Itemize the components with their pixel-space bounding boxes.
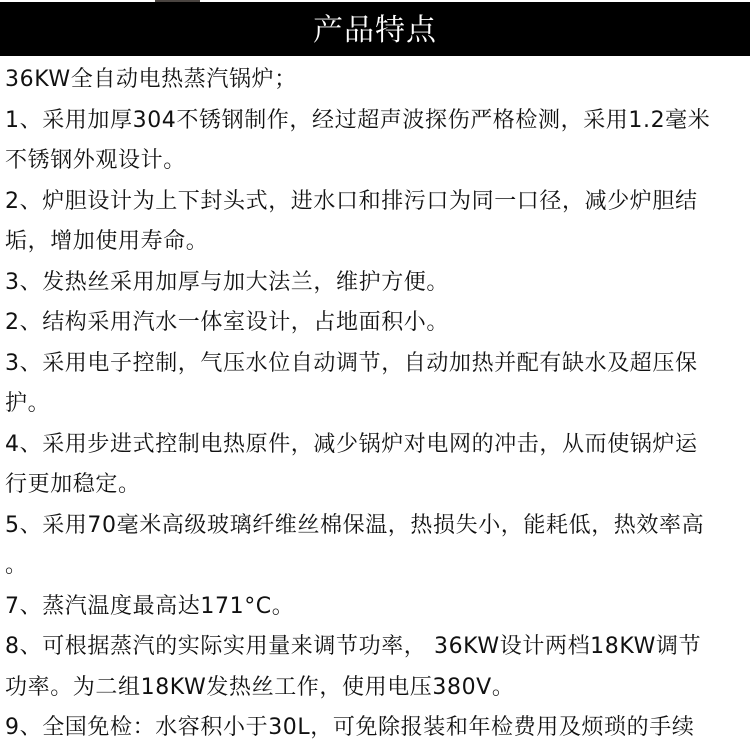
feature-line: 不锈钢外观设计。 <box>5 141 750 182</box>
feature-line: 垢，增加使用寿命。 <box>5 222 750 263</box>
feature-line: 1、采用加厚304不锈钢制作，经过超声波探伤严格检测，采用1.2毫米 <box>5 101 750 142</box>
feature-line: 5、采用70毫米高级玻璃纤维丝棉保温，热损失小，能耗低，热效率高 <box>5 506 750 547</box>
feature-line: 4、采用步进式控制电热原件，减少锅炉对电网的冲击，从而使锅炉运 <box>5 425 750 466</box>
feature-line: 7、蒸汽温度最高达171°C。 <box>5 587 750 628</box>
feature-line: 3、采用电子控制，气压水位自动调节，自动加热并配有缺水及超压保 <box>5 344 750 385</box>
intro-line: 36KW全自动电热蒸汽锅炉； <box>5 60 750 101</box>
section-title: 产品特点 <box>313 16 437 46</box>
feature-line: 8、可根据蒸汽的实际实用量来调节功率， 36KW设计两档18KW调节 <box>5 627 750 668</box>
feature-line: 2、炉胆设计为上下封头式，进水口和排污口为同一口径，减少炉胆结 <box>5 182 750 223</box>
feature-line: 9、全国免检：水容积小于30L，可免除报装和年检费用及烦琐的手续 <box>5 708 750 749</box>
feature-line: 。 <box>5 546 750 587</box>
feature-line: 行更加稳定。 <box>5 465 750 506</box>
feature-line: 3、发热丝采用加厚与加大法兰，维护方便。 <box>5 263 750 304</box>
feature-list: 36KW全自动电热蒸汽锅炉； 1、采用加厚304不锈钢制作，经过超声波探伤严格检… <box>5 60 750 749</box>
feature-line: 护。 <box>5 384 750 425</box>
feature-line: 2、结构采用汽水一体室设计，占地面积小。 <box>5 303 750 344</box>
feature-line: 功率。为二组18KW发热丝工作，使用电压380V。 <box>5 668 750 709</box>
section-header: 产品特点 <box>0 2 750 56</box>
